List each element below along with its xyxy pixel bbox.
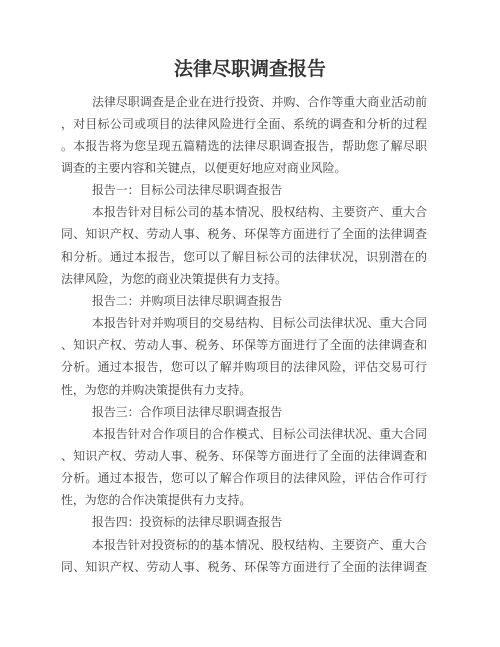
document-title: 法律尽职调查报告 (0, 55, 500, 85)
text-line: 法律风险，为您的商业决策提供有力支持。 (61, 268, 427, 290)
text-line: ，对目标公司或项目的法律风险进行全面、系统的调查和分析的过程 (61, 113, 427, 135)
report-heading: 报告一：目标公司法律尽职调查报告 (61, 179, 427, 201)
report-heading: 报告四：投资标的法律尽职调查报告 (61, 511, 427, 533)
text-line: 本报告针对投资标的的基本情况、股权结构、主要资产、重大合 (61, 534, 427, 556)
text-line: 分析。通过本报告，您可以了解并购项目的法律风险，评估交易可行 (61, 356, 427, 378)
text-line: 性，为您的合作决策提供有力支持。 (61, 489, 427, 511)
text-line: 、知识产权、劳动人事、税务、环保等方面进行了全面的法律调查和 (61, 445, 427, 467)
report-heading: 报告二：并购项目法律尽职调查报告 (61, 290, 427, 312)
document-page: 法律尽职调查报告 法律尽职调查是企业在进行投资、并购、合作等重大商业活动前，对目… (0, 0, 500, 647)
text-line: 本报告针对目标公司的基本情况、股权结构、主要资产、重大合 (61, 201, 427, 223)
text-line: 分析。通过本报告，您可以了解合作项目的法律风险，评估合作可行 (61, 467, 427, 489)
text-line: 、知识产权、劳动人事、税务、环保等方面进行了全面的法律调查和 (61, 334, 427, 356)
text-line: 同、知识产权、劳动人事、税务、环保等方面进行了全面的法律调查 (61, 223, 427, 245)
document-body: 法律尽职调查是企业在进行投资、并购、合作等重大商业活动前，对目标公司或项目的法律… (61, 91, 427, 578)
text-line: 同、知识产权、劳动人事、税务、环保等方面进行了全面的法律调查 (61, 556, 427, 578)
text-line: 法律尽职调查是企业在进行投资、并购、合作等重大商业活动前 (61, 91, 427, 113)
text-line: 本报告针对合作项目的合作模式、目标公司法律状况、重大合同 (61, 423, 427, 445)
text-line: 。本报告将为您呈现五篇精选的法律尽职调查报告，帮助您了解尽职 (61, 135, 427, 157)
text-line: 和分析。通过本报告，您可以了解目标公司的法律状况，识别潜在的 (61, 246, 427, 268)
text-line: 调查的主要内容和关键点，以便更好地应对商业风险。 (61, 157, 427, 179)
report-heading: 报告三：合作项目法律尽职调查报告 (61, 401, 427, 423)
text-line: 性，为您的并购决策提供有力支持。 (61, 379, 427, 401)
text-line: 本报告针对并购项目的交易结构、目标公司法律状况、重大合同 (61, 312, 427, 334)
